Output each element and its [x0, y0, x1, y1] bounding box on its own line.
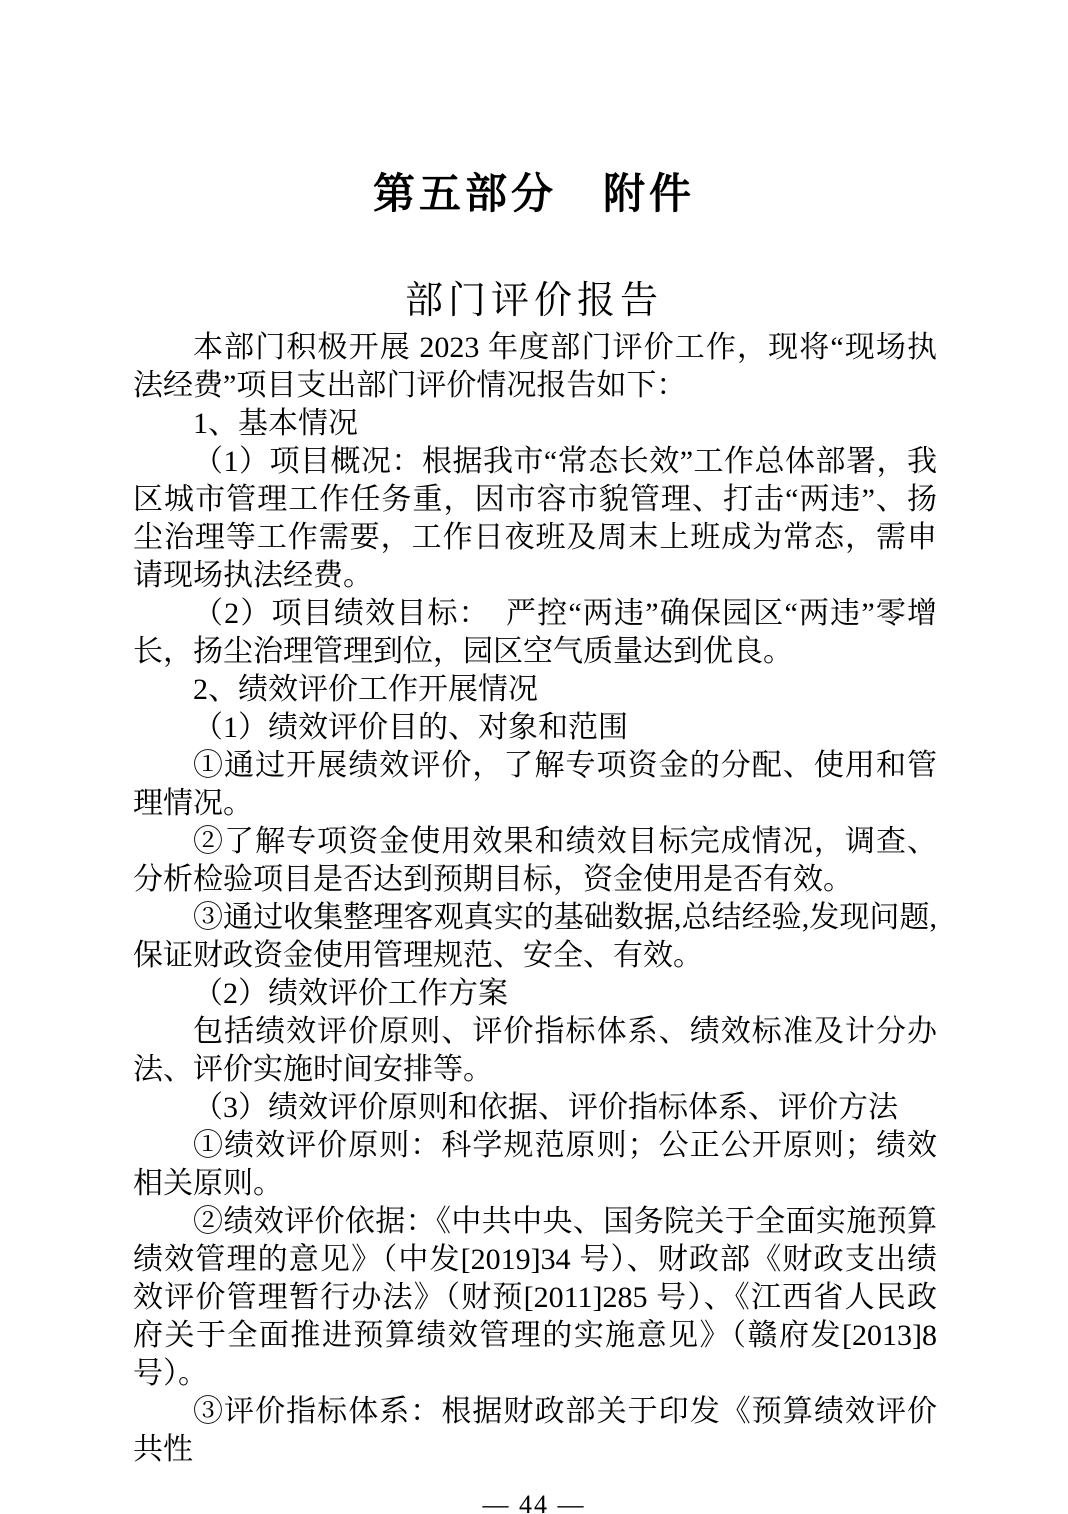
document-page: 第五部分 附件 部门评价报告 本部门积极开展 2023 年度部门评价工作，现将“… [0, 0, 1068, 1514]
section-title: 第五部分 附件 [0, 161, 1068, 221]
body-paragraph: 1、基本情况 [133, 405, 937, 443]
body-paragraph: （2）绩效评价工作方案 [133, 975, 937, 1013]
body-paragraph: ③通过收集整理客观真实的基础数据,总结经验,发现问题,保证财政资金使用管理规范、… [133, 899, 937, 975]
body-paragraph: （1）项目概况：根据我市“常态长效”工作总体部署，我区城市管理工作任务重，因市容… [133, 443, 937, 595]
page-number: — 44 — [0, 1490, 1068, 1514]
body-paragraph: （3）绩效评价原则和依据、评价指标体系、评价方法 [133, 1089, 937, 1127]
body-paragraph: 包括绩效评价原则、评价指标体系、绩效标准及计分办法、评价实施时间安排等。 [133, 1013, 937, 1089]
body-paragraph: ①绩效评价原则：科学规范原则；公正公开原则；绩效相关原则。 [133, 1127, 937, 1203]
body-paragraph: ②绩效评价依据：《中共中央、国务院关于全面实施预算绩效管理的意见》（中发[201… [133, 1203, 937, 1393]
body-paragraph: 本部门积极开展 2023 年度部门评价工作，现将“现场执法经费”项目支出部门评价… [133, 329, 937, 405]
document-body: 本部门积极开展 2023 年度部门评价工作，现将“现场执法经费”项目支出部门评价… [133, 329, 937, 1469]
report-title: 部门评价报告 [0, 269, 1068, 324]
body-paragraph: 2、绩效评价工作开展情况 [133, 671, 937, 709]
body-paragraph: ③评价指标体系：根据财政部关于印发《预算绩效评价共性 [133, 1393, 937, 1469]
body-paragraph: ②了解专项资金使用效果和绩效目标完成情况，调查、分析检验项目是否达到预期目标，资… [133, 823, 937, 899]
body-paragraph: ①通过开展绩效评价，了解专项资金的分配、使用和管理情况。 [133, 747, 937, 823]
body-paragraph: （2）项目绩效目标： 严控“两违”确保园区“两违”零增长，扬尘治理管理到位，园区… [133, 595, 937, 671]
body-paragraph: （1）绩效评价目的、对象和范围 [133, 709, 937, 747]
